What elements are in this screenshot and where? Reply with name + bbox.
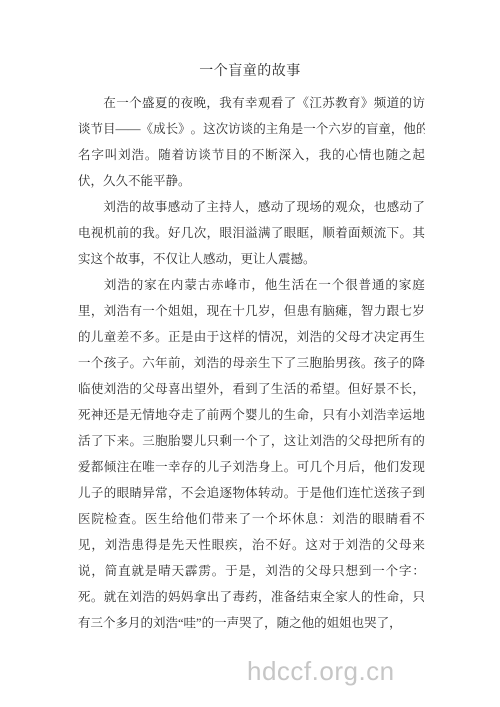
text-line: 有三个多月的刘浩“哇”的一声哭了，随之他的姐姐也哭了， [78, 610, 425, 636]
text-line: 儿子的眼睛异常，不会追逐物体转动。于是他们连忙送孩子到 [78, 480, 425, 506]
text-line: 活了下来。三胞胎婴儿只剩一个了，这让刘浩的父母把所有的 [78, 428, 425, 454]
text-line: 电视机前的我。好几次，眼泪溢满了眼眶，顺着面颊流下。其 [78, 220, 425, 246]
text-line: 名字叫刘浩。随着访谈节目的不断深入，我的心情也随之起 [78, 142, 425, 168]
first-line-indent [78, 194, 103, 220]
text-line: 见，刘浩患得是先天性眼疾，治不好。这对于刘浩的父母来 [78, 532, 425, 558]
paragraph: 刘浩的家在内蒙古赤峰市，他生活在一个很普通的家庭里，刘浩有一个姐姐，现在十几岁，… [78, 272, 425, 636]
first-line-indent [78, 272, 103, 298]
watermark-text: hdccf.org.cn [247, 657, 395, 685]
text-line: 里，刘浩有一个姐姐，现在十几岁，但患有脑瘫，智力跟七岁 [78, 298, 425, 324]
document-page: 一个盲童的故事 在一个盛夏的夜晚，我有幸观看了《江苏教育》频道的访谈节目——《成… [0, 0, 500, 707]
text-line: 刘浩的家在内蒙古赤峰市，他生活在一个很普通的家庭 [78, 272, 425, 298]
first-line-indent [78, 90, 103, 116]
text-line: 在一个盛夏的夜晚，我有幸观看了《江苏教育》频道的访 [78, 90, 425, 116]
text-line: 临使刘浩的父母喜出望外，看到了生活的希望。但好景不长， [78, 376, 425, 402]
text-line: 一个孩子。六年前，刘浩的母亲生下了三胞胎男孩。孩子的降 [78, 350, 425, 376]
document-body: 在一个盛夏的夜晚，我有幸观看了《江苏教育》频道的访谈节目——《成长》。这次访谈的… [78, 90, 425, 636]
text-line: 医院检查。医生给他们带来了一个坏休息：刘浩的眼睛看不 [78, 506, 425, 532]
text-line: 刘浩的故事感动了主持人，感动了现场的观众，也感动了 [78, 194, 425, 220]
text-line: 死神还是无情地夺走了前两个婴儿的生命，只有小刘浩幸运地 [78, 402, 425, 428]
text-line: 的儿童差不多。正是由于这样的情况，刘浩的父母才决定再生 [78, 324, 425, 350]
text-line: 伏，久久不能平静。 [78, 168, 425, 194]
document-title: 一个盲童的故事 [0, 59, 500, 85]
text-line: 说，简直就是晴天霹雳。于是，刘浩的父母只想到一个字： [78, 558, 425, 584]
text-line: 爱都倾注在唯一幸存的儿子刘浩身上。可几个月后，他们发现 [78, 454, 425, 480]
text-line: 谈节目——《成长》。这次访谈的主角是一个六岁的盲童，他的 [78, 116, 425, 142]
paragraph: 刘浩的故事感动了主持人，感动了现场的观众，也感动了电视机前的我。好几次，眼泪溢满… [78, 194, 425, 272]
text-line: 实这个故事，不仅让人感动，更让人震撼。 [78, 246, 425, 272]
paragraph: 在一个盛夏的夜晚，我有幸观看了《江苏教育》频道的访谈节目——《成长》。这次访谈的… [78, 90, 425, 194]
text-line: 死。就在刘浩的妈妈拿出了毒药，准备结束全家人的性命，只 [78, 584, 425, 610]
